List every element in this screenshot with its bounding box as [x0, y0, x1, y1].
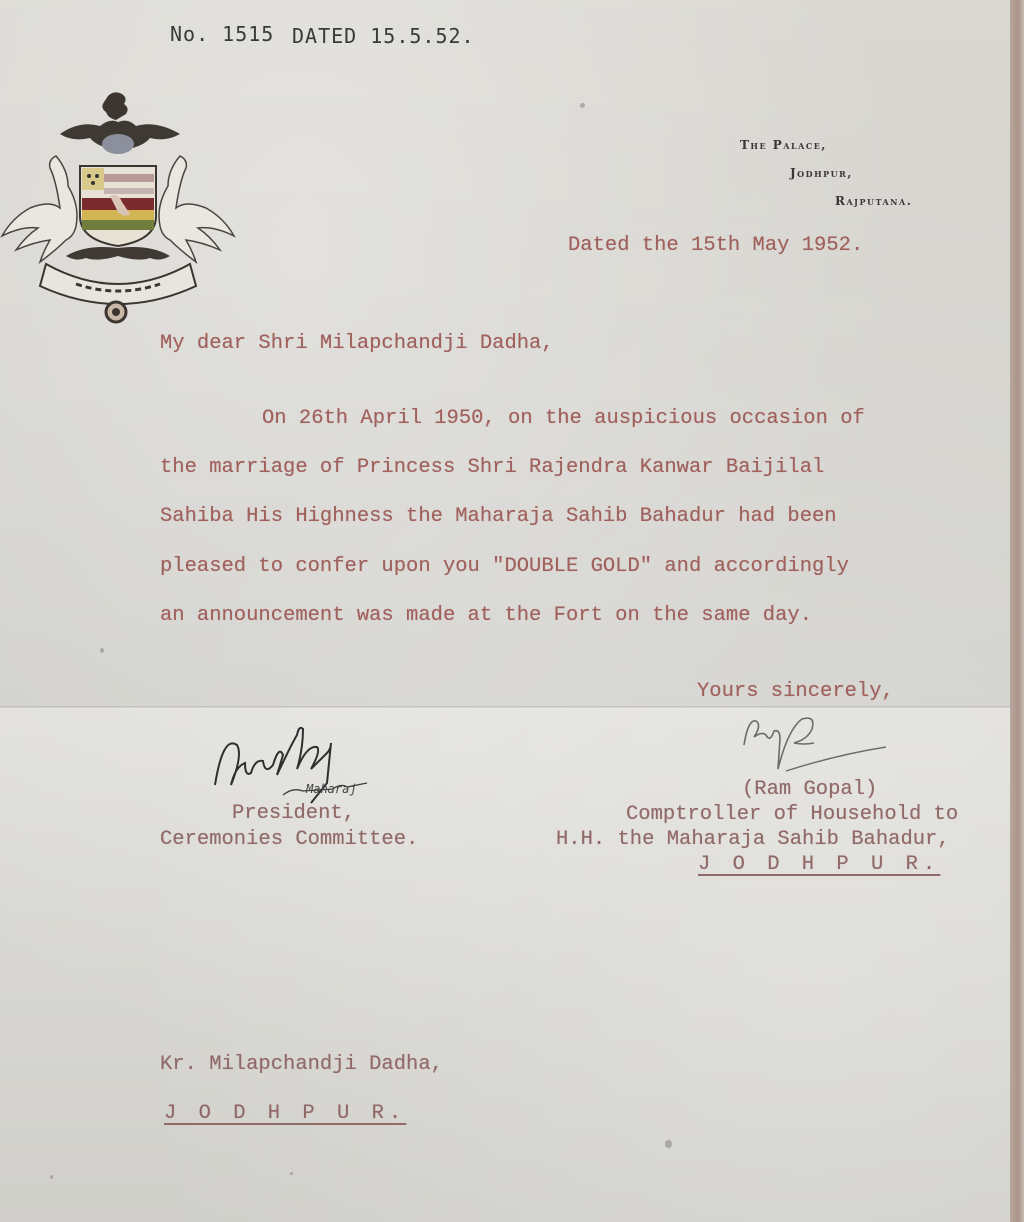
reference-number: No. 1515 [170, 22, 274, 46]
addressee-city: J O D H P U R. [164, 1102, 406, 1125]
signature-annotation: Maharaj [306, 782, 357, 796]
committee-title: Ceremonies Committee. [160, 828, 418, 851]
comptroller-title-line-2: H.H. the Maharaja Sahib Bahadur, [556, 828, 950, 851]
body-line-3: Sahiba His Highness the Maharaja Sahib B… [160, 505, 837, 528]
paper-speck [100, 648, 104, 653]
paper-speck [50, 1175, 53, 1179]
paper-speck [580, 103, 585, 108]
comptroller-city-text: J O D H P U R. [698, 853, 940, 876]
letterhead-address-line-1: The Palace, [740, 138, 827, 152]
reference-date: DATED 15.5.52. [292, 24, 475, 48]
comptroller-city: J O D H P U R. [698, 853, 940, 876]
comptroller-title-line-1: Comptroller of Household to [626, 803, 958, 826]
closing: Yours sincerely, [697, 680, 894, 703]
paper-speck [290, 1172, 293, 1175]
letterhead-address-line-3: Rajputana. [835, 194, 912, 208]
salutation: My dear Shri Milapchandji Dadha, [160, 332, 554, 355]
paper-speck [665, 1140, 672, 1148]
body-line-5: an announcement was made at the Fort on … [160, 604, 812, 627]
president-title: President, [232, 802, 355, 825]
addressee-city-text: J O D H P U R. [164, 1102, 406, 1125]
paper-right-edge [1010, 0, 1024, 1222]
comptroller-signature-icon [736, 705, 896, 775]
letter-date: Dated the 15th May 1952. [568, 234, 863, 257]
letterhead-address-line-2: Jodhpur, [790, 166, 853, 180]
body-line-2: the marriage of Princess Shri Rajendra K… [160, 456, 824, 479]
comptroller-name: (Ram Gopal) [742, 778, 877, 801]
addressee-name: Kr. Milapchandji Dadha, [160, 1053, 443, 1076]
body-line-1: On 26th April 1950, on the auspicious oc… [262, 407, 865, 430]
body-line-4: pleased to confer upon you "DOUBLE GOLD"… [160, 555, 849, 578]
coat-of-arms-icon [0, 88, 236, 328]
